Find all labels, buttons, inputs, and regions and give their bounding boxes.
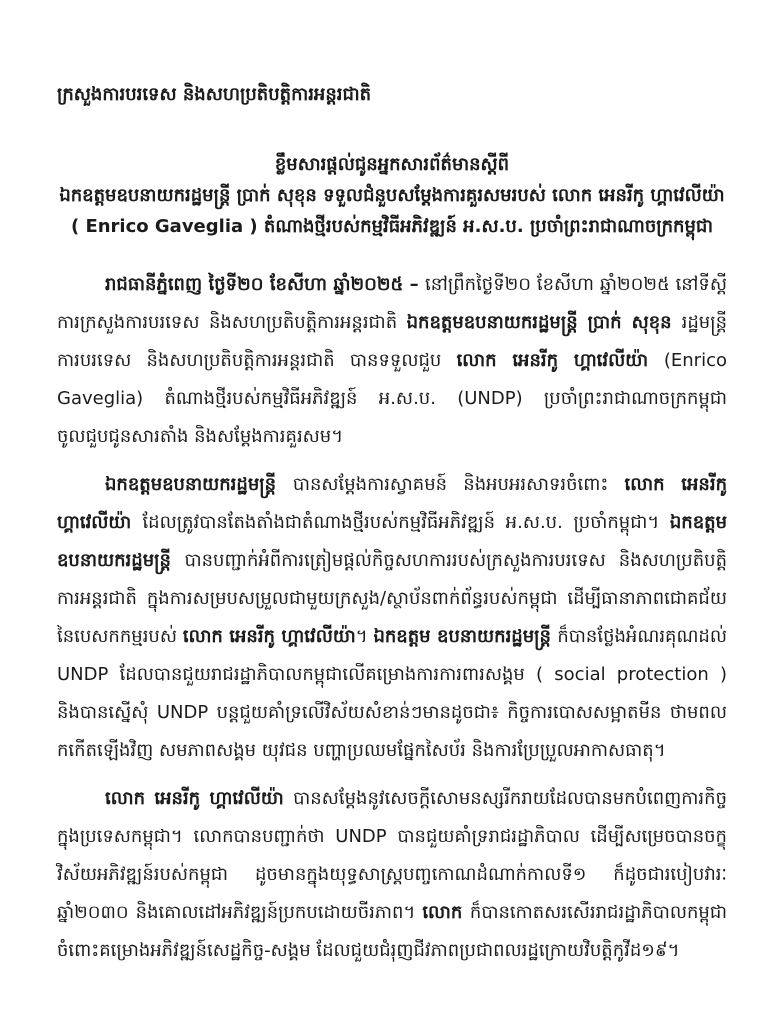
press-release-page: ក្រសួងការបរទេស និងសហប្រតិបត្តិការអន្តរជា… <box>0 0 782 1024</box>
title-line-3: ( Enrico Gaveglia ) តំណាងថ្មីរបស់កម្មវិធ… <box>57 211 727 242</box>
title-line-1: ខ្លឹមសារផ្តល់ជូនអ្នកសារព័ត៌មានស្តីពី <box>57 149 727 180</box>
paragraph-2-text: បានសម្តែងការស្វាគមន៍ និងអបអរសាទរចំពោះ <box>293 474 625 495</box>
paragraph-2: ឯកឧត្តមឧបនាយករដ្ឋមន្ត្រី បានសម្តែងការស្វ… <box>57 466 727 770</box>
undp-rep-name-bold: លោក អេនរីកូ ហ្គាវេលីយ៉ា <box>105 788 293 809</box>
deputy-pm-title-bold: ឯកឧត្តមឧបនាយករដ្ឋមន្ត្រី <box>105 474 293 495</box>
paragraph-3: លោក អេនរីកូ ហ្គាវេលីយ៉ា បានសម្តែងនូវសេចក… <box>57 780 727 970</box>
ministry-header: ក្រសួងការបរទេស និងសហប្រតិបត្តិការអន្តរជា… <box>57 82 727 107</box>
dateline-bold: រាជធានីភ្នំពេញ ថ្ងៃទី២០ ខែសីហា ឆ្នាំ២០២៥… <box>105 274 425 295</box>
undp-rep-name-bold: លោក អេនរីកូ ហ្គាវេលីយ៉ា <box>457 350 664 371</box>
paragraph-2-text: ដែលត្រូវបានតែងតាំងជាតំណាងថ្មីរបស់កម្មវិធ… <box>142 512 669 533</box>
paragraph-1: រាជធានីភ្នំពេញ ថ្ងៃទី២០ ខែសីហា ឆ្នាំ២០២៥… <box>57 266 727 456</box>
press-release-title: ខ្លឹមសារផ្តល់ជូនអ្នកសារព័ត៌មានស្តីពី ឯកឧ… <box>57 149 727 242</box>
title-line-2: ឯកឧត្តមឧបនាយករដ្ឋមន្ត្រី ប្រាក់ សុខុន ទទ… <box>57 180 727 211</box>
page-content: ក្រសួងការបរទេស និងសហប្រតិបត្តិការអន្តរជា… <box>0 0 782 970</box>
honorific-bold: លោក <box>422 902 470 923</box>
paragraph-2-text: ។ <box>356 626 374 647</box>
deputy-pm-name-bold: ឯកឧត្តមឧបនាយករដ្ឋមន្ត្រី ប្រាក់ សុខុន <box>407 312 682 333</box>
document-body: រាជធានីភ្នំពេញ ថ្ងៃទី២០ ខែសីហា ឆ្នាំ២០២៥… <box>57 266 727 970</box>
undp-rep-name-bold: លោក អេនរីកូ ហ្គាវេលីយ៉ា <box>183 626 356 647</box>
deputy-pm-title-bold: ឯកឧត្តម ឧបនាយករដ្ឋមន្ត្រី <box>373 626 557 647</box>
